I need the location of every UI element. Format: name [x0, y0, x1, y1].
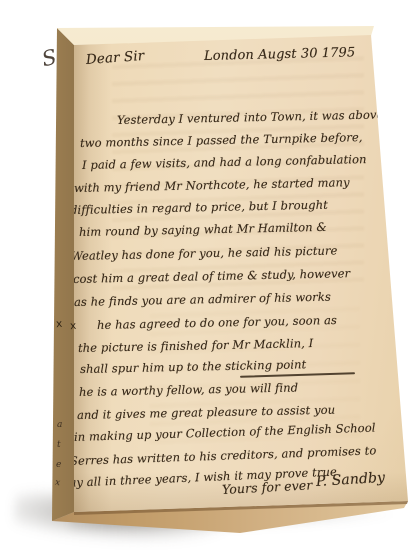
letter-signature: P. Sandby	[316, 470, 386, 490]
spine-fragment: S	[40, 45, 59, 71]
letter-canvas-print: London Augst 30 1795 Dear Sir Yesterday …	[0, 0, 413, 550]
margin-x-mark: x	[70, 320, 77, 332]
spine-fragment: e	[56, 460, 61, 470]
spine-fragment: t	[57, 440, 61, 450]
margin-x-mark: x	[56, 318, 63, 330]
spine-fragment: a	[57, 420, 62, 430]
